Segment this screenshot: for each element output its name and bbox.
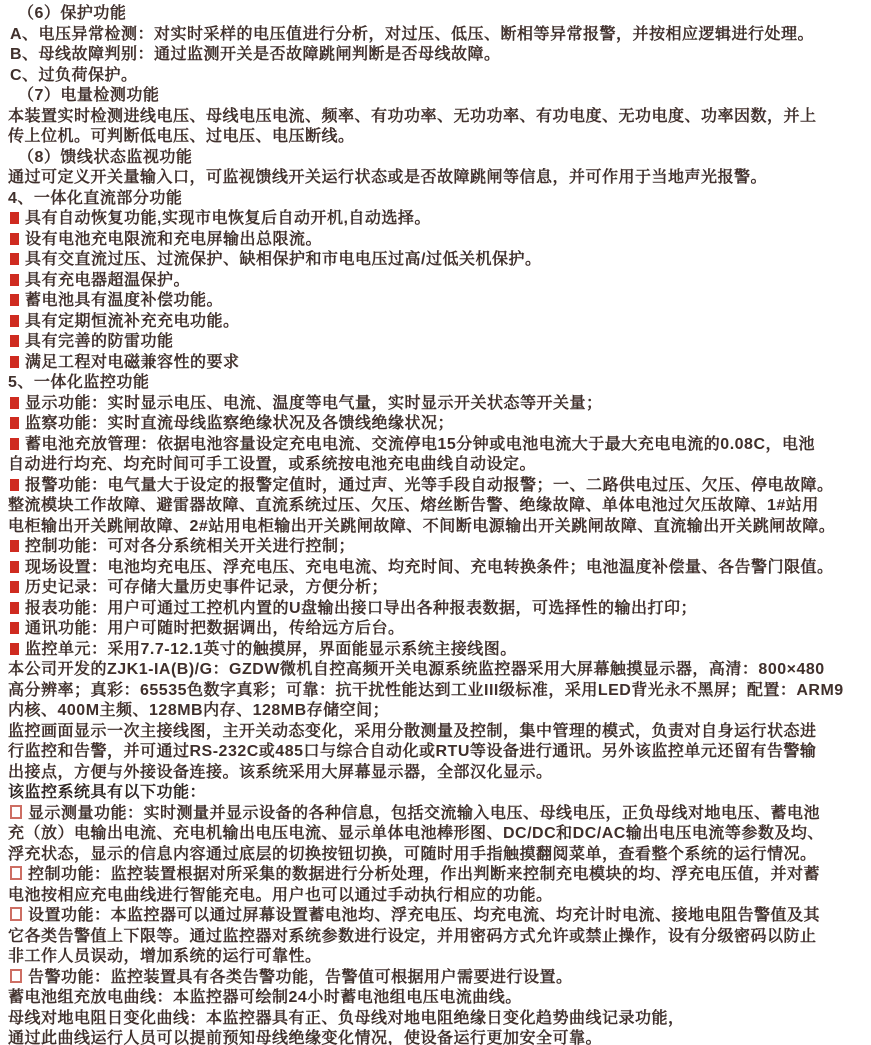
document-line: 电柜输出开关跳闸故障、2#站用电柜输出开关跳闸故障、不间断电源输出开关跳闸故障、… xyxy=(0,517,871,538)
line-text: 通过可定义开关量输入口，可监视馈线开关运行状态或是否故障跳闸等信息，并可作用于当… xyxy=(8,169,767,186)
line-text: 母线对地电阻日变化曲线：本监控器具有正、负母线对地电阻绝缘日变化趋势曲线记录功能… xyxy=(8,1010,685,1027)
line-text: 出接点，方便与外接设备连接。该系统采用大屏幕显示器，全部汉化显示。 xyxy=(8,764,553,781)
line-text: 通过此曲线运行人员可以提前预知母线绝缘变化情况，使设备运行更加安全可靠。 xyxy=(8,1030,602,1045)
document-line: 自动进行均充、均充时间可手工设置，或系统按电池充电曲线自动设定。 xyxy=(0,455,871,476)
line-text: 现场设置：电池均充电压、浮充电压、充电电流、均充时间、充电转换条件；电池温度补偿… xyxy=(25,559,834,576)
document-line: 非工作人员误动，增加系统的运行可靠性。 xyxy=(0,947,871,968)
document-line: B、母线故障判别：通过监测开关是否故障跳闸判断是否母线故障。 xyxy=(0,45,871,66)
line-text: 整流模块工作故障、避雷器故障、直流系统过压、欠压、熔丝断告警、绝缘故障、单体电池… xyxy=(8,497,819,514)
bullet-filled-square-icon xyxy=(10,397,19,409)
line-text: （8）馈线状态监视功能 xyxy=(18,149,192,166)
document-line: 设置功能：本监控器可以通过屏幕设置蓄电池均、浮充电压、均充电流、均充计时电流、接… xyxy=(0,906,871,927)
line-text: 电池按相应充电曲线进行智能充电。用户也可以通过手动执行相应的功能。 xyxy=(8,887,553,904)
document-line: 通讯功能：用户可随时把数据调出，传给远方后台。 xyxy=(0,619,871,640)
document-line: （8）馈线状态监视功能 xyxy=(0,148,871,169)
document-line: 具有自动恢复功能,实现市电恢复后自动开机,自动选择。 xyxy=(0,209,871,230)
line-text: 报表功能：用户可通过工控机内置的U盘输出接口导出各种报表数据，可选择性的输出打印… xyxy=(25,600,697,617)
document-line: 蓄电池组充放电曲线：本监控器可绘制24小时蓄电池组电压电流曲线。 xyxy=(0,988,871,1009)
document-line: 通过此曲线运行人员可以提前预知母线绝缘变化情况，使设备运行更加安全可靠。 xyxy=(0,1029,871,1045)
bullet-filled-square-icon xyxy=(10,233,19,245)
line-text: 它各类告警值上下限等。通过监控器对系统参数进行设定，并用密码方式允许或禁止操作，… xyxy=(8,928,817,945)
bullet-filled-square-icon xyxy=(10,581,19,593)
line-text: 内核、400M主频、128MB内存、128MB存储空间； xyxy=(8,702,389,719)
document-line: 充（放）电输出电流、充电机输出电压电流、显示单体电池棒形图、DC/DC和DC/A… xyxy=(0,824,871,845)
document-line: 传上位机。可判断低电压、过电压、电压断线。 xyxy=(0,127,871,148)
document-line: 具有充电器超温保护。 xyxy=(0,271,871,292)
bullet-filled-square-icon xyxy=(10,212,19,224)
line-text: 设置功能：本监控器可以通过屏幕设置蓄电池均、浮充电压、均充电流、均充计时电流、接… xyxy=(28,907,820,924)
line-text: 通讯功能：用户可随时把数据调出，传给远方后台。 xyxy=(25,620,405,637)
line-text: 报警功能：电气量大于设定的报警定值时，通过声、光等手段自动报警；一、二路供电过压… xyxy=(25,477,834,494)
document-line: 通过可定义开关量输入口，可监视馈线开关运行状态或是否故障跳闸等信息，并可作用于当… xyxy=(0,168,871,189)
bullet-filled-square-icon xyxy=(10,438,19,450)
document-line: 设有电池充电限流和充电屏输出总限流。 xyxy=(0,230,871,251)
document-line: 报表功能：用户可通过工控机内置的U盘输出接口导出各种报表数据，可选择性的输出打印… xyxy=(0,599,871,620)
line-text: 5、一体化监控功能 xyxy=(8,374,149,391)
document-line: （7）电量检测功能 xyxy=(0,86,871,107)
line-text: 具有自动恢复功能,实现市电恢复后自动开机,自动选择。 xyxy=(25,210,431,227)
bullet-filled-square-icon xyxy=(10,315,19,327)
line-text: 充（放）电输出电流、充电机输出电压电流、显示单体电池棒形图、DC/DC和DC/A… xyxy=(8,825,824,842)
document-line: 该监控系统具有以下功能： xyxy=(0,783,871,804)
document-line: 行监控和告警，并可通过RS-232C或485口与综合自动化或RTU等设备进行通讯… xyxy=(0,742,871,763)
document-line: 高分辨率；真彩：65535色数字真彩；可靠：抗干扰性能达到工业III级标准，采用… xyxy=(0,681,871,702)
document-line: 具有完善的防雷功能 xyxy=(0,332,871,353)
bullet-filled-square-icon xyxy=(10,540,19,552)
document-line: 控制功能：可对各分系统相关开关进行控制； xyxy=(0,537,871,558)
bullet-hollow-square-icon xyxy=(10,805,22,819)
line-text: 蓄电池组充放电曲线：本监控器可绘制24小时蓄电池组电压电流曲线。 xyxy=(8,989,522,1006)
document-line: 监控画面显示一次主接线图，主开关动态变化，采用分散测量及控制，集中管理的模式，负… xyxy=(0,722,871,743)
document-line: 内核、400M主频、128MB内存、128MB存储空间； xyxy=(0,701,871,722)
document-line: 告警功能：监控装置具有各类告警功能，告警值可根据用户需要进行设置。 xyxy=(0,968,871,989)
line-text: 蓄电池充放管理：依据电池容量设定充电电流、交流停电15分钟或电池电流大于最大充电… xyxy=(25,436,815,453)
line-text: 控制功能：监控装置根据对所采集的数据进行分析处理，作出判断来控制充电模块的均、浮… xyxy=(28,866,820,883)
line-text: 告警功能：监控装置具有各类告警功能，告警值可根据用户需要进行设置。 xyxy=(28,969,573,986)
line-text: A、电压异常检测：对实时采样的电压值进行分析，对过压、低压、断相等异常报警，并按… xyxy=(10,26,814,43)
line-text: 具有完善的防雷功能 xyxy=(25,333,174,350)
document-line: 本公司开发的ZJK1-IA(B)/G：GZDW微机自控高频开关电源系统监控器采用… xyxy=(0,660,871,681)
document-line: 具有定期恒流补充充电功能。 xyxy=(0,312,871,333)
document-line: C、过负荷保护。 xyxy=(0,66,871,87)
bullet-filled-square-icon xyxy=(10,622,19,634)
line-text: 监察功能：实时直流母线监察绝缘状况及各馈线绝缘状况； xyxy=(25,415,454,432)
document-line: 显示测量功能：实时测量并显示设备的各种信息，包括交流输入电压、母线电压，正负母线… xyxy=(0,804,871,825)
line-text: 本装置实时检测进线电压、母线电压电流、频率、有功功率、无功功率、有功电度、无功电… xyxy=(8,108,817,125)
line-text: 具有定期恒流补充充电功能。 xyxy=(25,313,240,330)
line-text: 传上位机。可判断低电压、过电压、电压断线。 xyxy=(8,128,355,145)
line-text: 4、一体化直流部分功能 xyxy=(8,190,182,207)
line-text: 具有交直流过压、过流保护、缺相保护和市电电压过高/过低关机保护。 xyxy=(25,251,541,268)
document-line: 出接点，方便与外接设备连接。该系统采用大屏幕显示器，全部汉化显示。 xyxy=(0,763,871,784)
line-text: C、过负荷保护。 xyxy=(10,67,138,84)
bullet-filled-square-icon xyxy=(10,274,19,286)
document-line: 具有交直流过压、过流保护、缺相保护和市电电压过高/过低关机保护。 xyxy=(0,250,871,271)
document-line: 监控单元：采用7.7-12.1英寸的触摸屏，界面能显示系统主接线图。 xyxy=(0,640,871,661)
line-text: 自动进行均充、均充时间可手工设置，或系统按电池充电曲线自动设定。 xyxy=(8,456,536,473)
line-text: 蓄电池具有温度补偿功能。 xyxy=(25,292,223,309)
document-line: 4、一体化直流部分功能 xyxy=(0,189,871,210)
document-line: 满足工程对电磁兼容性的要求 xyxy=(0,353,871,374)
line-text: 控制功能：可对各分系统相关开关进行控制； xyxy=(25,538,355,555)
document: （6）保护功能 A、电压异常检测：对实时采样的电压值进行分析，对过压、低压、断相… xyxy=(0,0,871,1045)
document-line: 电池按相应充电曲线进行智能充电。用户也可以通过手动执行相应的功能。 xyxy=(0,886,871,907)
bullet-filled-square-icon xyxy=(10,643,19,655)
line-text: 浮充状态，显示的信息内容通过底层的切换按钮切换，可随时用手指触摸翻阅菜单，查看整… xyxy=(8,846,817,863)
document-line: 蓄电池充放管理：依据电池容量设定充电电流、交流停电15分钟或电池电流大于最大充电… xyxy=(0,435,871,456)
bullet-hollow-square-icon xyxy=(10,969,22,983)
document-line: 显示功能：实时显示电压、电流、温度等电气量，实时显示开关状态等开关量； xyxy=(0,394,871,415)
document-line: 它各类告警值上下限等。通过监控器对系统参数进行设定，并用密码方式允许或禁止操作，… xyxy=(0,927,871,948)
line-text: （6）保护功能 xyxy=(18,5,126,22)
line-text: 高分辨率；真彩：65535色数字真彩；可靠：抗干扰性能达到工业III级标准，采用… xyxy=(8,682,844,699)
line-text: 具有充电器超温保护。 xyxy=(25,272,190,289)
bullet-filled-square-icon xyxy=(10,417,19,429)
document-line: A、电压异常检测：对实时采样的电压值进行分析，对过压、低压、断相等异常报警，并按… xyxy=(0,25,871,46)
bullet-hollow-square-icon xyxy=(10,866,22,880)
bullet-filled-square-icon xyxy=(10,253,19,265)
document-line: 现场设置：电池均充电压、浮充电压、充电电流、均充时间、充电转换条件；电池温度补偿… xyxy=(0,558,871,579)
document-line: 历史记录：可存储大量历史事件记录，方便分析； xyxy=(0,578,871,599)
document-line: （6）保护功能 xyxy=(0,4,871,25)
line-text: 历史记录：可存储大量历史事件记录，方便分析； xyxy=(25,579,388,596)
bullet-hollow-square-icon xyxy=(10,907,22,921)
line-text: 监控画面显示一次主接线图，主开关动态变化，采用分散测量及控制，集中管理的模式，负… xyxy=(8,723,817,740)
line-text: 非工作人员误动，增加系统的运行可靠性。 xyxy=(8,948,322,965)
line-text: 设有电池充电限流和充电屏输出总限流。 xyxy=(25,231,322,248)
line-text: B、母线故障判别：通过监测开关是否故障跳闸判断是否母线故障。 xyxy=(10,46,501,63)
document-line: 监察功能：实时直流母线监察绝缘状况及各馈线绝缘状况； xyxy=(0,414,871,435)
document-line: 本装置实时检测进线电压、母线电压电流、频率、有功功率、无功功率、有功电度、无功电… xyxy=(0,107,871,128)
bullet-filled-square-icon xyxy=(10,335,19,347)
document-line: 控制功能：监控装置根据对所采集的数据进行分析处理，作出判断来控制充电模块的均、浮… xyxy=(0,865,871,886)
document-line: 5、一体化监控功能 xyxy=(0,373,871,394)
line-text: （7）电量检测功能 xyxy=(18,87,159,104)
line-text: 该监控系统具有以下功能： xyxy=(8,784,206,801)
document-line: 母线对地电阻日变化曲线：本监控器具有正、负母线对地电阻绝缘日变化趋势曲线记录功能… xyxy=(0,1009,871,1030)
line-text: 电柜输出开关跳闸故障、2#站用电柜输出开关跳闸故障、不间断电源输出开关跳闸故障、… xyxy=(8,518,835,535)
document-line: 报警功能：电气量大于设定的报警定值时，通过声、光等手段自动报警；一、二路供电过压… xyxy=(0,476,871,497)
bullet-filled-square-icon xyxy=(10,294,19,306)
line-text: 监控单元：采用7.7-12.1英寸的触摸屏，界面能显示系统主接线图。 xyxy=(25,641,517,658)
bullet-filled-square-icon xyxy=(10,356,19,368)
bullet-filled-square-icon xyxy=(10,602,19,614)
bullet-filled-square-icon xyxy=(10,479,19,491)
document-line: 整流模块工作故障、避雷器故障、直流系统过压、欠压、熔丝断告警、绝缘故障、单体电池… xyxy=(0,496,871,517)
bullet-filled-square-icon xyxy=(10,561,19,573)
line-text: 满足工程对电磁兼容性的要求 xyxy=(25,354,240,371)
line-text: 行监控和告警，并可通过RS-232C或485口与综合自动化或RTU等设备进行通讯… xyxy=(8,743,816,760)
document-line: 蓄电池具有温度补偿功能。 xyxy=(0,291,871,312)
line-text: 本公司开发的ZJK1-IA(B)/G：GZDW微机自控高频开关电源系统监控器采用… xyxy=(8,661,825,678)
line-text: 显示功能：实时显示电压、电流、温度等电气量，实时显示开关状态等开关量； xyxy=(25,395,603,412)
line-text: 显示测量功能：实时测量并显示设备的各种信息，包括交流输入电压、母线电压，正负母线… xyxy=(28,805,820,822)
document-line: 浮充状态，显示的信息内容通过底层的切换按钮切换，可随时用手指触摸翻阅菜单，查看整… xyxy=(0,845,871,866)
